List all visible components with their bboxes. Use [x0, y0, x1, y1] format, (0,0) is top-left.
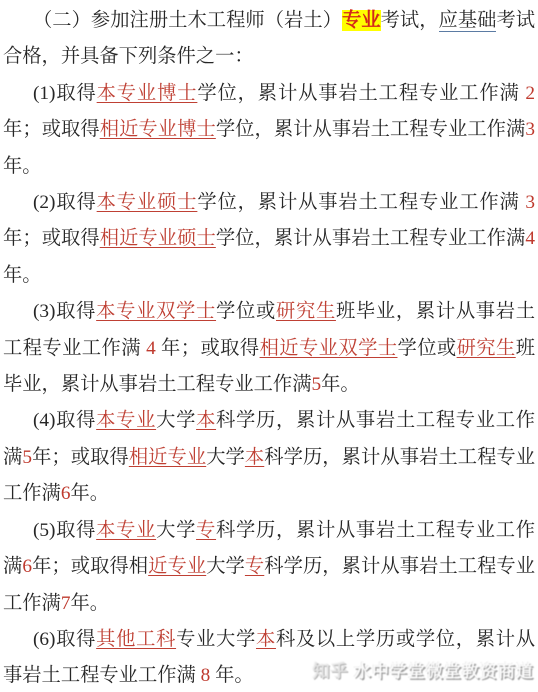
text-segment: 学位或 [216, 301, 276, 322]
text-segment: 作满 [22, 483, 61, 504]
text-segment: （二）参加注册土木工程师（岩土） [33, 10, 342, 31]
text-segment: 年。 [3, 156, 42, 177]
text-segment: 作满 [22, 593, 61, 614]
red-term: 研究生 [457, 338, 516, 359]
paragraph-item-3: (3)取得本专业双学士学位或研究生班毕业，累计从事岩土工程专业工作满 4 年；或… [3, 294, 535, 403]
watermark-username: 水中学堂微堂教资商道 [354, 662, 534, 681]
red-number: 5 [22, 447, 32, 468]
zhihu-logo-text: 知乎 [313, 662, 349, 681]
red-term: 相近专业博士 [100, 119, 216, 140]
text-segment: (4)取得 [33, 410, 96, 431]
red-number: 4 [146, 338, 156, 359]
red-term: 本 [256, 629, 276, 650]
red-term: 近专业 [148, 556, 206, 577]
red-term: 相近专业双学士 [260, 338, 398, 359]
red-term: 本 [196, 410, 216, 431]
text-segment: (2)取得 [33, 192, 97, 213]
text-segment: 年；或取得 [32, 447, 129, 468]
text-segment: 大学 [156, 410, 196, 431]
red-term: 本专业 [96, 520, 156, 541]
text-segment: 学位，累计从事岩土工程专业工作满 [216, 228, 526, 249]
text-segment: 岩土工程专业工作满 [22, 665, 200, 686]
text-segment: 年。 [210, 665, 253, 686]
red-term: 本专业 [96, 410, 156, 431]
highlighted-term: 专业 [342, 10, 381, 31]
red-number: 4 [525, 228, 535, 249]
red-number: 3 [525, 119, 535, 140]
text-segment: 年；或取得 [156, 338, 260, 359]
paragraph-item-2: (2)取得本专业硕士学位，累计从事岩土工程专业工作满 3 年；或取得相近专业硕士… [3, 185, 535, 294]
paragraph-item-4: (4)取得本专业大学本科学历，累计从事岩土工程专业工作满5年；或取得相近专业大学… [3, 403, 535, 512]
text-segment: 大学 [156, 520, 196, 541]
red-number: 6 [22, 556, 32, 577]
red-number: 3 [525, 192, 535, 213]
text-segment: 大学 [206, 556, 245, 577]
red-term: 本专业双学士 [96, 301, 216, 322]
red-term: 本 [245, 447, 264, 468]
text-segment: 年；或取得相 [32, 556, 148, 577]
text-segment: 学位，累计从事岩土工程专业工作满 [197, 83, 525, 104]
text-segment: 学位或 [398, 338, 457, 359]
text-segment: (1)取得 [33, 83, 97, 104]
text-segment: 专业大学 [176, 629, 256, 650]
text-segment: 大学 [206, 447, 245, 468]
text-segment: 年。 [70, 593, 109, 614]
red-number: 8 [201, 665, 211, 686]
text-segment: (5)取得 [33, 520, 96, 541]
text-segment: 年。 [321, 374, 360, 395]
red-term: 专 [245, 556, 264, 577]
red-term: 本专业博士 [97, 83, 198, 104]
red-term: 相近专业 [129, 447, 206, 468]
document-body: （二）参加注册土木工程师（岩土）专业考试，应基础考试合格，并具备下列条件之一： … [3, 3, 535, 692]
text-segment: 学位，累计从事岩土工程专业工作满 [197, 192, 525, 213]
paragraph-item-1: (1)取得本专业博士学位，累计从事岩土工程专业工作满 2 年；或取得相近专业博士… [3, 76, 535, 185]
red-number: 2 [525, 83, 535, 104]
red-term: 专 [196, 520, 216, 541]
paragraph-intro: （二）参加注册土木工程师（岩土）专业考试，应基础考试合格，并具备下列条件之一： [3, 3, 535, 76]
text-segment: 考试， [381, 10, 439, 31]
red-term: 其他工科 [96, 629, 176, 650]
paragraph-item-5: (5)取得本专业大学专科学历，累计从事岩土工程专业工作满6年；或取得相近专业大学… [3, 513, 535, 622]
text-segment: (6)取得 [33, 629, 96, 650]
watermark: 知乎 水中学堂微堂教资商道 [313, 657, 534, 682]
text-segment: 年。 [70, 483, 109, 504]
red-term: 研究生 [276, 301, 336, 322]
text-segment: 年。 [3, 265, 42, 286]
underlined-term: 应基础 [439, 10, 497, 32]
text-segment: (3)取得 [33, 301, 96, 322]
red-term: 本专业硕士 [97, 192, 198, 213]
text-segment: 程专业工作满 [23, 338, 146, 359]
red-number: 5 [312, 374, 322, 395]
text-segment: 学位，累计从事岩土工程专业工作满 [216, 119, 526, 140]
red-term: 相近专业硕士 [100, 228, 216, 249]
